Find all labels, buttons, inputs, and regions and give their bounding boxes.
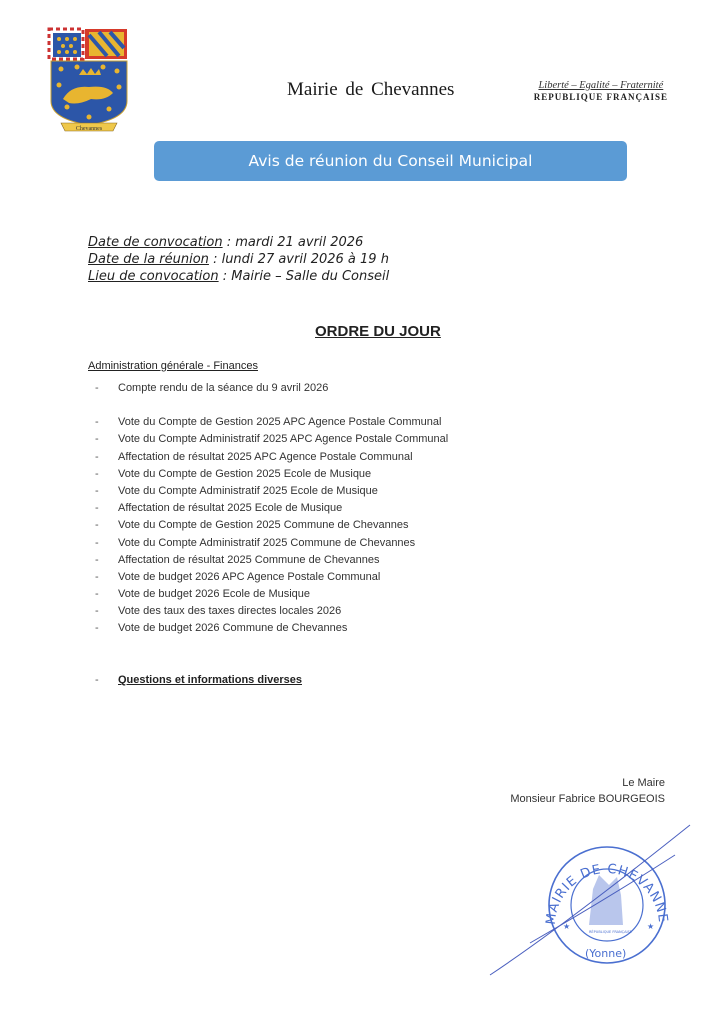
agenda-item: -Affectation de résultat 2025 Ecole de M… bbox=[95, 500, 448, 517]
agenda-item: -Vote du Compte Administratif 2025 Commu… bbox=[95, 535, 448, 552]
official-stamp: MAIRIE DE CHEVANNES (Yonne) RÉPUBLIQUE F… bbox=[485, 815, 700, 980]
signatory-name: Monsieur Fabrice BOURGEOIS bbox=[510, 791, 665, 807]
meeting-date: Date de la réunion : lundi 27 avril 2026… bbox=[88, 251, 389, 268]
bullet-dash: - bbox=[95, 535, 118, 552]
coat-of-arms-logo: Chevannes bbox=[47, 27, 131, 133]
meeting-details: Date de convocation : mardi 21 avril 202… bbox=[88, 234, 389, 285]
notice-title: Avis de réunion du Conseil Municipal bbox=[249, 152, 533, 170]
signature-block: Le Maire Monsieur Fabrice BOURGEOIS bbox=[510, 775, 665, 807]
agenda-item-text: Affectation de résultat 2025 Commune de … bbox=[118, 552, 380, 569]
agenda-item: -Vote du Compte de Gestion 2025 APC Agen… bbox=[95, 414, 448, 431]
agenda-item: -Affectation de résultat 2025 Commune de… bbox=[95, 552, 448, 569]
agenda-item: -Vote du Compte de Gestion 2025 Commune … bbox=[95, 517, 448, 534]
agenda-list: -Compte rendu de la séance du 9 avril 20… bbox=[95, 380, 448, 638]
republic-label: REPUBLIQUE FRANÇAISE bbox=[534, 92, 668, 102]
bullet-dash: - bbox=[95, 466, 118, 483]
agenda-item-text: Vote de budget 2026 APC Agence Postale C… bbox=[118, 569, 380, 586]
agenda-item-text: Vote de budget 2026 Ecole de Musique bbox=[118, 586, 310, 603]
svg-text:(Yonne): (Yonne) bbox=[585, 947, 626, 960]
bullet-dash: - bbox=[95, 431, 118, 448]
agenda-item: -Vote du Compte de Gestion 2025 Ecole de… bbox=[95, 466, 448, 483]
agenda-item: -Vote des taux des taxes directes locale… bbox=[95, 603, 448, 620]
agenda-item: -Vote de budget 2026 APC Agence Postale … bbox=[95, 569, 448, 586]
signatory-role: Le Maire bbox=[510, 775, 665, 791]
agenda-item-text: Vote du Compte de Gestion 2025 APC Agenc… bbox=[118, 414, 441, 431]
agenda-item-text: Vote des taux des taxes directes locales… bbox=[118, 603, 341, 620]
agenda-item-text: Vote du Compte de Gestion 2025 Commune d… bbox=[118, 517, 408, 534]
agenda-item: -Vote du Compte Administratif 2025 APC A… bbox=[95, 431, 448, 448]
agenda-title: ORDRE DU JOUR bbox=[315, 323, 441, 340]
agenda-item: -Vote de budget 2026 Commune de Chevanne… bbox=[95, 620, 448, 637]
agenda-item: -Affectation de résultat 2025 APC Agence… bbox=[95, 449, 448, 466]
agenda-item-text: Affectation de résultat 2025 Ecole de Mu… bbox=[118, 500, 342, 517]
bullet-dash: - bbox=[95, 586, 118, 603]
agenda-item: -Compte rendu de la séance du 9 avril 20… bbox=[95, 380, 448, 397]
bullet-dash: - bbox=[95, 674, 118, 686]
agenda-section-heading: Administration générale - Finances bbox=[88, 360, 258, 372]
agenda-item-text: Compte rendu de la séance du 9 avril 202… bbox=[118, 380, 328, 397]
bullet-dash: - bbox=[95, 414, 118, 431]
motto-text: Liberté – Egalité – Fraternité bbox=[534, 80, 668, 91]
agenda-item-text: Vote du Compte Administratif 2025 APC Ag… bbox=[118, 431, 448, 448]
bullet-dash: - bbox=[95, 380, 118, 397]
notice-title-banner: Avis de réunion du Conseil Municipal bbox=[154, 141, 627, 181]
national-motto: Liberté – Egalité – Fraternité REPUBLIQU… bbox=[534, 80, 668, 102]
agenda-item: -Vote du Compte Administratif 2025 Ecole… bbox=[95, 483, 448, 500]
bullet-dash: - bbox=[95, 569, 118, 586]
agenda-extra-text: Questions et informations diverses bbox=[118, 674, 302, 686]
svg-text:Chevannes: Chevannes bbox=[76, 126, 103, 132]
agenda-item: -Vote de budget 2026 Ecole de Musique bbox=[95, 586, 448, 603]
meeting-location: Lieu de convocation : Mairie – Salle du … bbox=[88, 268, 389, 285]
agenda-item-text: Affectation de résultat 2025 APC Agence … bbox=[118, 449, 413, 466]
agenda-item-text: Vote du Compte Administratif 2025 Commun… bbox=[118, 535, 415, 552]
bullet-dash: - bbox=[95, 517, 118, 534]
agenda-extra-item: - Questions et informations diverses bbox=[95, 674, 302, 686]
bullet-dash: - bbox=[95, 483, 118, 500]
svg-text:RÉPUBLIQUE FRANÇAISE: RÉPUBLIQUE FRANÇAISE bbox=[589, 929, 632, 934]
bullet-dash: - bbox=[95, 500, 118, 517]
agenda-item-text: Vote du Compte Administratif 2025 Ecole … bbox=[118, 483, 378, 500]
agenda-item-text: Vote de budget 2026 Commune de Chevannes bbox=[118, 620, 347, 637]
agenda-item-text: Vote du Compte de Gestion 2025 Ecole de … bbox=[118, 466, 371, 483]
bullet-dash: - bbox=[95, 552, 118, 569]
convocation-date: Date de convocation : mardi 21 avril 202… bbox=[88, 234, 389, 251]
bullet-dash: - bbox=[95, 620, 118, 637]
bullet-dash: - bbox=[95, 603, 118, 620]
mairie-title: Mairie de Chevannes bbox=[287, 79, 454, 101]
bullet-dash: - bbox=[95, 449, 118, 466]
svg-text:★: ★ bbox=[647, 922, 654, 931]
